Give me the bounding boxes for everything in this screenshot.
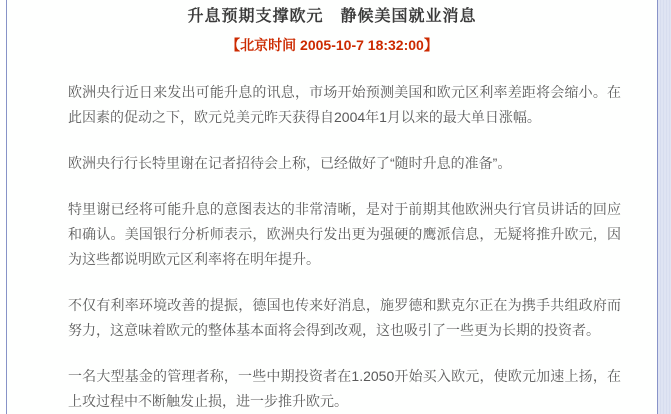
article-body: 欧洲央行近日来发出可能升息的讯息，市场开始预测美国和欧元区利率差距将会缩小。在此… — [7, 80, 657, 414]
article-timestamp: 【北京时间 2005-10-7 18:32:00】 — [7, 36, 657, 54]
article-title: 升息预期支撑欧元 静候美国就业消息 — [7, 8, 657, 26]
article-paragraph: 特里谢已经将可能升息的意图表达的非常清晰，是对于前期其他欧洲央行官员讲话的回应和… — [68, 197, 621, 272]
article-paragraph: 一名大型基金的管理者称，一些中期投资者在1.2050开始买入欧元，使欧元加速上扬… — [68, 364, 621, 414]
article-container: 升息预期支撑欧元 静候美国就业消息 【北京时间 2005-10-7 18:32:… — [6, 0, 658, 414]
article-paragraph: 不仅有利率环境改善的提振，德国也传来好消息，施罗德和默克尔正在为携手共组政府而努… — [68, 293, 621, 343]
article-header: 升息预期支撑欧元 静候美国就业消息 【北京时间 2005-10-7 18:32:… — [7, 0, 657, 54]
article-paragraph: 欧洲央行近日来发出可能升息的讯息，市场开始预测美国和欧元区利率差距将会缩小。在此… — [68, 80, 621, 130]
news-article-page: 升息预期支撑欧元 静候美国就业消息 【北京时间 2005-10-7 18:32:… — [0, 0, 671, 414]
page-background-strip — [658, 0, 671, 414]
article-paragraph: 欧洲央行行长特里谢在记者招待会上称，已经做好了“随时升息的准备”。 — [68, 151, 621, 176]
